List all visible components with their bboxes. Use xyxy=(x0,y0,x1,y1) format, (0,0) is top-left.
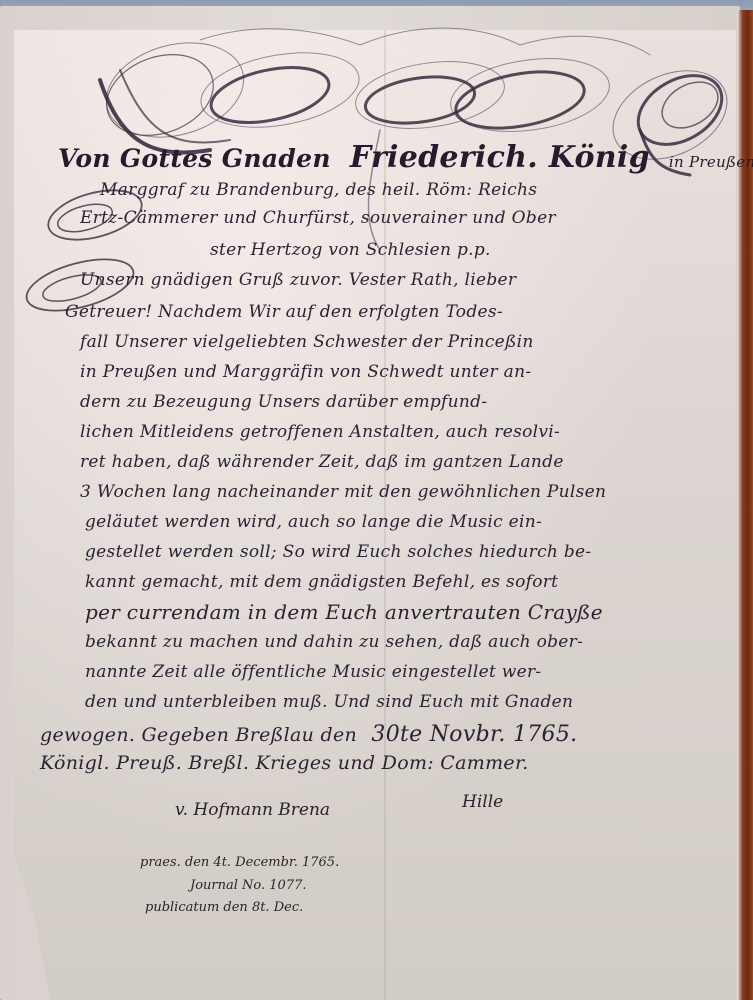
body-line-15: per currendam in dem Euch anvertrauten C… xyxy=(85,600,603,624)
body-line-6: fall Unserer vielgeliebten Schwester der… xyxy=(80,332,534,352)
body-line-16: bekannt zu machen und dahin zu sehen, da… xyxy=(85,632,583,652)
closing-line-1: gewogen. Gegeben Breßlau den 30te Novbr.… xyxy=(40,722,577,747)
body-line-13: gestellet werden soll; So wird Euch solc… xyxy=(85,542,591,562)
body-line-11: 3 Wochen lang nacheinander mit den gewöh… xyxy=(80,482,606,502)
body-line-5: Getreuer! Nachdem Wir auf den erfolgten … xyxy=(65,302,503,322)
closing-given-at: gewogen. Gegeben Breßlau den xyxy=(40,724,357,746)
body-line-10: ret haben, daß währender Zeit, daß im ga… xyxy=(80,452,564,472)
signature-left: v. Hofmann Brena xyxy=(175,800,330,820)
receipt-note-journal: Journal No. 1077. xyxy=(190,878,307,893)
body-line-4: Unsern gnädigen Gruß zuvor. Vester Rath,… xyxy=(80,270,516,290)
heading-line: Von Gottes Gnaden Friederich. König in P… xyxy=(58,140,753,175)
body-line-2: Ertz-Cämmerer und Churfürst, souverainer… xyxy=(80,208,556,228)
closing-line-2: Königl. Preuß. Breßl. Krieges und Dom: C… xyxy=(40,752,529,774)
body-line-7: in Preußen und Marggräfin von Schwedt un… xyxy=(80,362,531,382)
body-line-18: den und unterbleiben muß. Und sind Euch … xyxy=(85,692,573,712)
body-line-3: ster Hertzog von Schlesien p.p. xyxy=(210,240,491,260)
body-line-12: geläutet werden wird, auch so lange die … xyxy=(85,512,542,532)
receipt-note-praesentatum: praes. den 4t. Decembr. 1765. xyxy=(140,855,339,870)
body-line-9: lichen Mitleidens getroffenen Anstalten,… xyxy=(80,422,560,442)
heading-name: Friederich. König xyxy=(350,140,650,175)
body-line-14: kannt gemacht, mit dem gnädigsten Befehl… xyxy=(85,572,558,592)
signature-right: Hille xyxy=(462,792,503,812)
body-line-1: Marggraf zu Brandenburg, des heil. Röm: … xyxy=(100,180,537,200)
body-line-8: dern zu Bezeugung Unsers darüber empfund… xyxy=(80,392,487,412)
receipt-note-publicatum: publicatum den 8t. Dec. xyxy=(145,900,303,915)
heading-prefix: Von Gottes Gnaden xyxy=(58,144,331,173)
closing-date: 30te Novbr. 1765. xyxy=(371,722,577,747)
body-line-17: nannte Zeit alle öffentliche Music einge… xyxy=(85,662,541,682)
heading-suffix: in Preußen xyxy=(669,153,753,171)
